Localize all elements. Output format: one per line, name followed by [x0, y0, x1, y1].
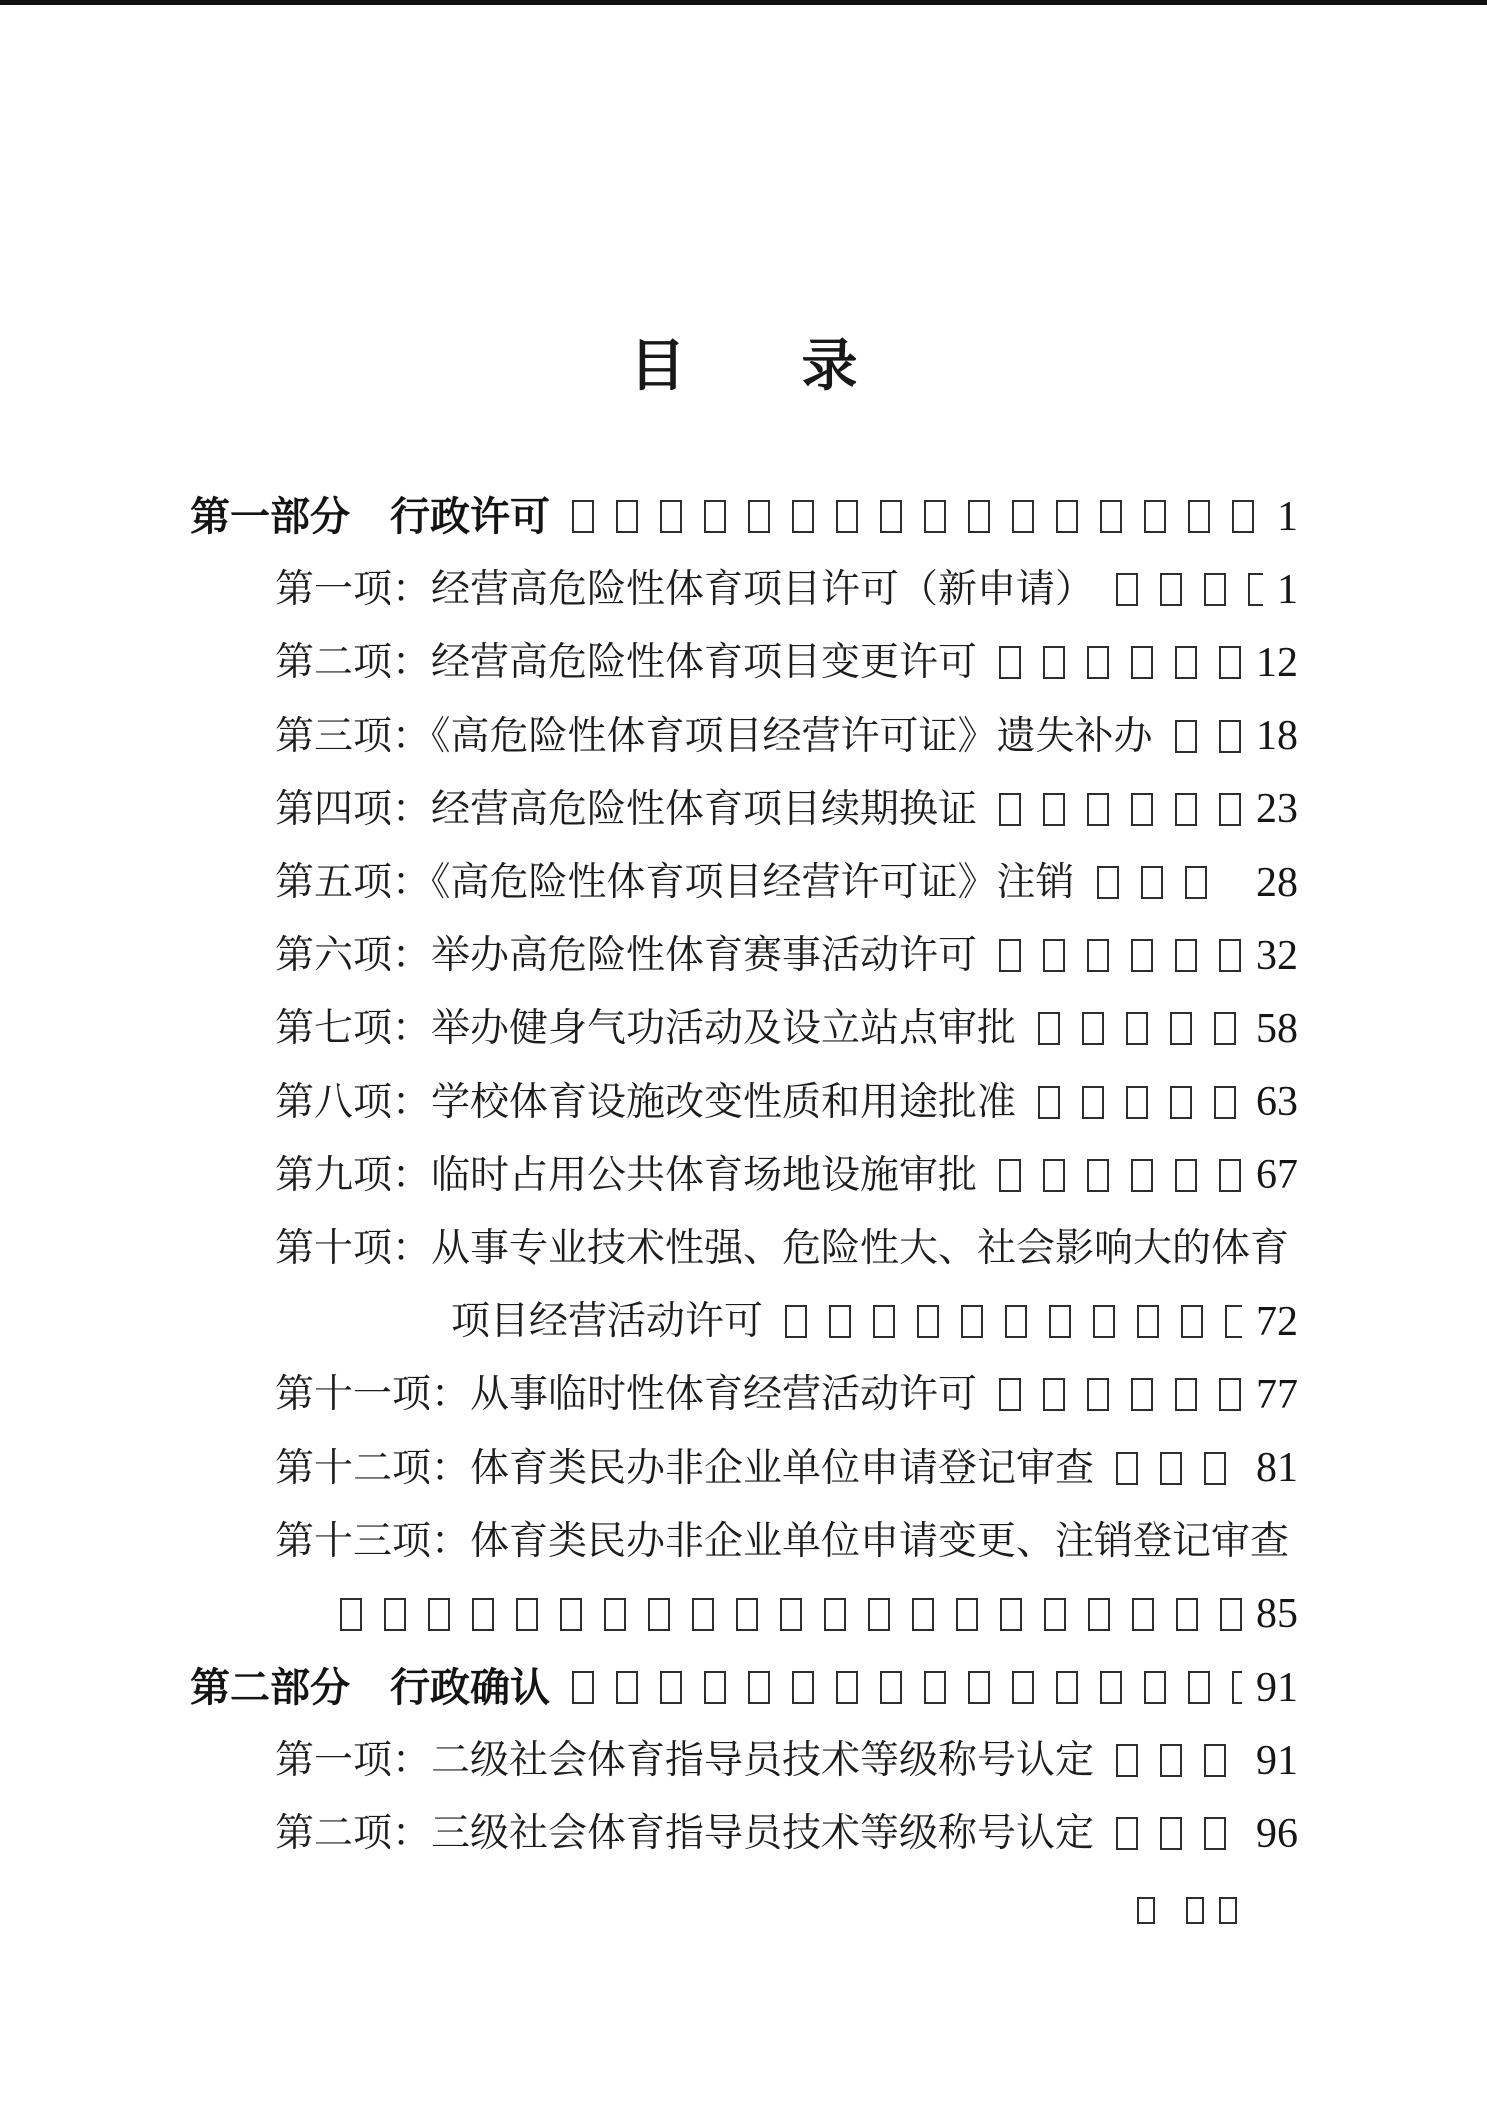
toc-entry-label: 第二项：经营高危险性体育项目变更许可 [275, 643, 977, 682]
leader-box [692, 1598, 714, 1631]
leader-box [1043, 939, 1065, 972]
footer-box [1186, 1897, 1204, 1924]
leader-box [1214, 1012, 1236, 1045]
leader-box [1126, 1012, 1148, 1045]
leader-box [1185, 866, 1207, 899]
toc-entry-label: 第一部分 行政许可 [190, 497, 550, 537]
leader-box [1204, 1452, 1226, 1485]
leader-box [1175, 1159, 1197, 1192]
toc-entry: 第二项：三级社会体育指导员技术等级称号认定 96 [190, 1797, 1298, 1870]
toc-page-number: 67 [1242, 1154, 1298, 1196]
leader-box [1126, 1086, 1148, 1119]
leader-box [1087, 1159, 1109, 1192]
leader-box [1144, 1671, 1166, 1704]
leader-box [472, 1598, 494, 1631]
toc-entry-label: 第十项：从事专业技术性强、危险性大、社会影响大的体育 [275, 1229, 1289, 1268]
leader-box [340, 1598, 362, 1631]
leader-box [616, 500, 638, 533]
leader-box [1137, 1305, 1159, 1338]
toc-entry: 第十项：从事专业技术性强、危险性大、社会影响大的体育 [190, 1212, 1298, 1285]
leader-boxes [1116, 1744, 1242, 1777]
toc-page-number: 77 [1242, 1374, 1298, 1416]
leader-box [999, 1159, 1021, 1192]
leader-box [824, 1598, 846, 1631]
leader-box [1219, 646, 1241, 679]
leader-box [1248, 573, 1263, 606]
leader-box [1056, 1671, 1078, 1704]
leader-box [1160, 1817, 1182, 1850]
leader-box [1160, 1452, 1182, 1485]
leader-box [1220, 1598, 1242, 1631]
leader-box [792, 500, 814, 533]
leader-box [1116, 1452, 1138, 1485]
toc-page-number: 28 [1242, 862, 1298, 904]
leader-box [1043, 1378, 1065, 1411]
leader-box [924, 1671, 946, 1704]
leader-boxes [1116, 1452, 1242, 1485]
toc-entry: 第六项：举办高危险性体育赛事活动许可 32 [190, 919, 1298, 992]
leader-box [1160, 1744, 1182, 1777]
footer-box [1219, 1897, 1237, 1924]
toc-entry: 第九项：临时占用公共体育场地设施审批 67 [190, 1139, 1298, 1212]
leader-box [968, 1671, 990, 1704]
leader-box [572, 1671, 594, 1704]
leader-boxes [1038, 1012, 1242, 1045]
leader-box [917, 1305, 939, 1338]
leader-box [1043, 646, 1065, 679]
toc-entry-label: 第四项：经营高危险性体育项目续期换证 [275, 790, 977, 829]
leader-box [1043, 793, 1065, 826]
leader-box [785, 1305, 807, 1338]
leader-box [1131, 1159, 1153, 1192]
toc-entry-label: 第十三项：体育类民办非企业单位申请变更、注销登记审查 [275, 1522, 1289, 1561]
footer-box [1137, 1897, 1155, 1924]
leader-box [1188, 500, 1210, 533]
leader-boxes [1116, 573, 1263, 606]
toc-page-number: 12 [1242, 642, 1298, 684]
leader-boxes [785, 1305, 1242, 1338]
toc-entry: 第十一项：从事临时性体育经营活动许可 77 [190, 1358, 1298, 1431]
leader-box [1044, 1598, 1066, 1631]
leader-box [1049, 1305, 1071, 1338]
leader-box [1087, 939, 1109, 972]
toc-entry: 第一项：二级社会体育指导员技术等级称号认定 91 [190, 1724, 1298, 1797]
leader-box [1131, 939, 1153, 972]
leader-box [1100, 500, 1122, 533]
leader-box [1038, 1086, 1060, 1119]
toc-page-number: 1 [1263, 496, 1298, 538]
leader-box [1087, 793, 1109, 826]
toc-entry-label: 第六项：举办高危险性体育赛事活动许可 [275, 936, 977, 975]
document-page: 目 录 第一部分 行政许可 1 第一项：经营高危险性体育项目许可（新申请） 1 … [0, 0, 1487, 2104]
toc-entry-label: 第一项：二级社会体育指导员技术等级称号认定 [275, 1741, 1094, 1780]
toc-page-number: 91 [1242, 1740, 1298, 1782]
leader-box [1170, 1012, 1192, 1045]
leader-box [1160, 573, 1182, 606]
toc-entry: 第四项：经营高危险性体育项目续期换证 23 [190, 773, 1298, 846]
leader-box [1225, 1305, 1242, 1338]
leader-box [704, 1671, 726, 1704]
leader-box [1214, 1086, 1236, 1119]
leader-box [1132, 1598, 1154, 1631]
leader-box [1175, 793, 1197, 826]
toc-entry-label: 第一项：经营高危险性体育项目许可（新申请） [275, 570, 1094, 609]
page-title-char-left: 目 [630, 322, 686, 402]
leader-box [384, 1598, 406, 1631]
toc-entry: 第五项：《高危险性体育项目经营许可证》注销 28 [190, 846, 1298, 919]
leader-box [1232, 1671, 1242, 1704]
leader-box [1181, 1305, 1203, 1338]
leader-box [1131, 793, 1153, 826]
leader-box [1204, 573, 1226, 606]
leader-box [1000, 1598, 1022, 1631]
leader-box [1038, 1012, 1060, 1045]
leader-box [1131, 1378, 1153, 1411]
leader-box [736, 1598, 758, 1631]
leader-box [1012, 500, 1034, 533]
toc-page-number: 23 [1242, 788, 1298, 830]
leader-box [1219, 793, 1241, 826]
leader-box [1219, 1378, 1241, 1411]
toc-entry: 第二项：经营高危险性体育项目变更许可 12 [190, 626, 1298, 699]
leader-boxes [999, 793, 1242, 826]
leader-boxes [1175, 720, 1242, 753]
toc-entry-label: 项目经营活动许可 [451, 1302, 763, 1341]
leader-box [780, 1598, 802, 1631]
leader-box [1176, 1598, 1198, 1631]
leader-box [924, 500, 946, 533]
toc-page-number: 85 [1242, 1593, 1298, 1635]
leader-box [1175, 939, 1197, 972]
leader-box [1116, 573, 1138, 606]
leader-box [660, 1671, 682, 1704]
leader-box [829, 1305, 851, 1338]
leader-box [1088, 1598, 1110, 1631]
leader-box [1175, 1378, 1197, 1411]
leader-box [836, 1671, 858, 1704]
leader-boxes [999, 646, 1242, 679]
toc-entry: 第一部分 行政许可 1 [190, 480, 1298, 553]
toc-entry-label: 第二项：三级社会体育指导员技术等级称号认定 [275, 1814, 1094, 1853]
toc-entry-label: 第十二项：体育类民办非企业单位申请登记审查 [275, 1449, 1094, 1488]
toc-entry-label: 第七项：举办健身气功活动及设立站点审批 [275, 1009, 1016, 1048]
leader-box [1175, 720, 1197, 753]
page-title-char-right: 录 [802, 322, 858, 402]
leader-box [1204, 1817, 1226, 1850]
toc-entry-label: 第五项：《高危险性体育项目经营许可证》注销 [275, 863, 1075, 902]
leader-box [1082, 1086, 1104, 1119]
leader-box [516, 1598, 538, 1631]
leader-box [1219, 720, 1241, 753]
leader-box [912, 1598, 934, 1631]
leader-box [1012, 1671, 1034, 1704]
leader-box [999, 939, 1021, 972]
leader-box [1116, 1744, 1138, 1777]
leader-boxes [1097, 866, 1229, 899]
toc-page-number: 96 [1242, 1813, 1298, 1855]
footer-box-cluster [1137, 1897, 1237, 1924]
leader-box [1056, 500, 1078, 533]
leader-boxes [1116, 1817, 1242, 1850]
leader-box [1219, 939, 1241, 972]
leader-box [748, 500, 770, 533]
toc-entry: 85 [190, 1578, 1298, 1651]
toc-entry-label: 第十一项：从事临时性体育经营活动许可 [275, 1375, 977, 1414]
leader-boxes [999, 939, 1242, 972]
leader-box [572, 500, 594, 533]
leader-box [616, 1671, 638, 1704]
toc-entry-label: 第九项：临时占用公共体育场地设施审批 [275, 1156, 977, 1195]
leader-boxes [572, 500, 1263, 533]
toc-entry: 第三项：《高危险性体育项目经营许可证》遗失补办 18 [190, 700, 1298, 773]
leader-boxes [999, 1159, 1242, 1192]
table-of-contents: 第一部分 行政许可 1 第一项：经营高危险性体育项目许可（新申请） 1 第二项：… [190, 480, 1298, 1871]
toc-page-number: 72 [1242, 1301, 1298, 1343]
leader-boxes [999, 1378, 1242, 1411]
leader-box [873, 1305, 895, 1338]
leader-box [836, 500, 858, 533]
toc-entry: 第一项：经营高危险性体育项目许可（新申请） 1 [190, 553, 1298, 626]
toc-entry: 第七项：举办健身气功活动及设立站点审批 58 [190, 992, 1298, 1065]
page-title: 目 录 [0, 322, 1487, 402]
leader-box [1087, 1378, 1109, 1411]
toc-page-number: 58 [1242, 1008, 1298, 1050]
toc-page-number: 18 [1242, 715, 1298, 757]
toc-page-number: 81 [1242, 1447, 1298, 1489]
leader-box [1093, 1305, 1115, 1338]
leader-box [1005, 1305, 1027, 1338]
leader-box [560, 1598, 582, 1631]
leader-box [956, 1598, 978, 1631]
leader-box [1188, 1671, 1210, 1704]
toc-entry: 第十二项：体育类民办非企业单位申请登记审查 81 [190, 1431, 1298, 1504]
toc-entry: 第十三项：体育类民办非企业单位申请变更、注销登记审查 [190, 1505, 1298, 1578]
leader-box [792, 1671, 814, 1704]
toc-page-number: 91 [1242, 1667, 1298, 1709]
leader-box [1219, 1159, 1241, 1192]
toc-entry-label: 第三项：《高危险性体育项目经营许可证》遗失补办 [275, 717, 1153, 756]
toc-entry-label: 第八项：学校体育设施改变性质和用途批准 [275, 1083, 1016, 1122]
leader-box [868, 1598, 890, 1631]
leader-box [604, 1598, 626, 1631]
scan-edge-bar [0, 0, 1487, 5]
leader-box [1100, 1671, 1122, 1704]
leader-box [1204, 1744, 1226, 1777]
leader-box [660, 500, 682, 533]
leader-box [999, 793, 1021, 826]
leader-box [999, 1378, 1021, 1411]
toc-page-number: 32 [1242, 935, 1298, 977]
toc-page-number: 1 [1263, 569, 1298, 611]
leader-box [968, 500, 990, 533]
leader-box [428, 1598, 450, 1631]
leader-box [961, 1305, 983, 1338]
toc-entry: 第八项：学校体育设施改变性质和用途批准 63 [190, 1066, 1298, 1139]
toc-page-number: 63 [1242, 1081, 1298, 1123]
leader-boxes [340, 1598, 1242, 1631]
toc-entry: 项目经营活动许可 72 [190, 1285, 1298, 1358]
leader-box [648, 1598, 670, 1631]
leader-box [999, 646, 1021, 679]
leader-box [1170, 1086, 1192, 1119]
leader-box [1144, 500, 1166, 533]
leader-box [1082, 1012, 1104, 1045]
leader-box [1131, 646, 1153, 679]
leader-box [748, 1671, 770, 1704]
leader-box [1116, 1817, 1138, 1850]
leader-boxes [1038, 1086, 1242, 1119]
leader-box [880, 1671, 902, 1704]
leader-box [1175, 646, 1197, 679]
toc-entry-label: 第二部分 行政确认 [190, 1668, 550, 1708]
toc-entry: 第二部分 行政确认 91 [190, 1651, 1298, 1724]
leader-box [704, 500, 726, 533]
leader-box [880, 500, 902, 533]
leader-box [1232, 500, 1254, 533]
leader-box [1141, 866, 1163, 899]
leader-box [1087, 646, 1109, 679]
leader-boxes [572, 1671, 1242, 1704]
leader-box [1097, 866, 1119, 899]
leader-box [1043, 1159, 1065, 1192]
